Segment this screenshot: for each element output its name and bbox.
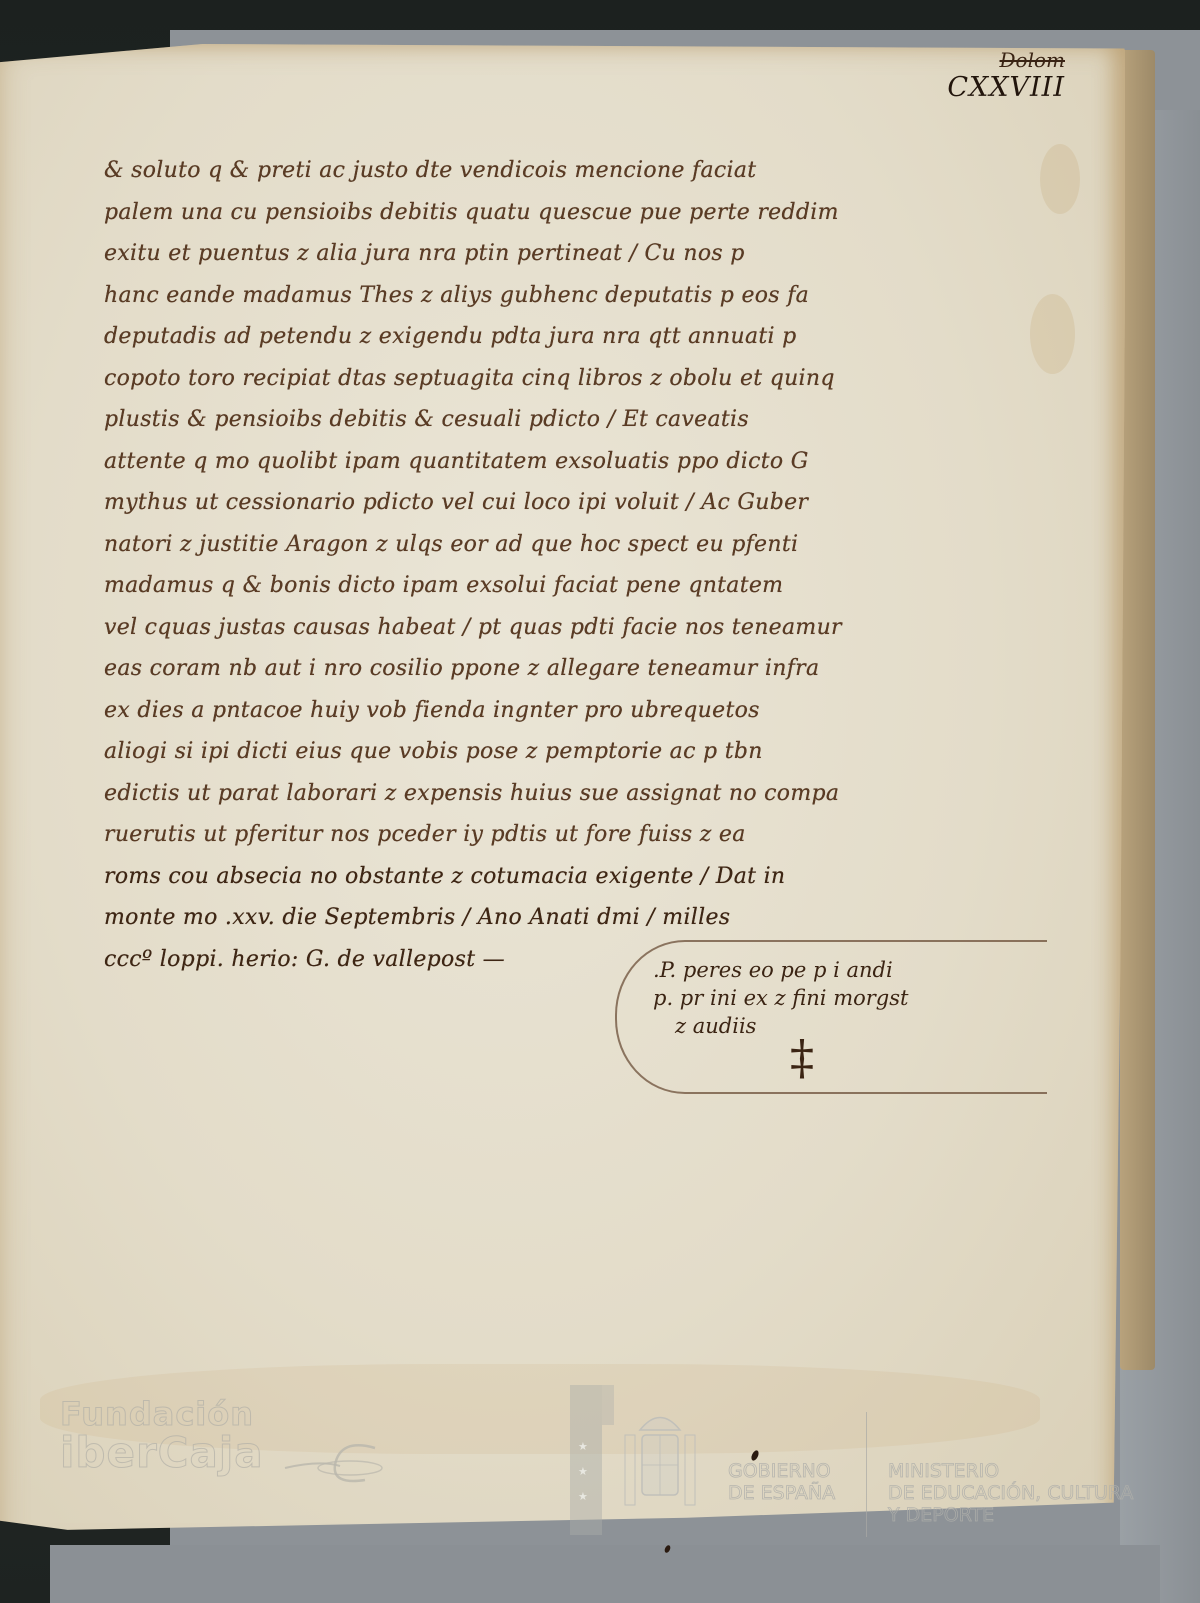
watermark-ibercaja: iberCaja	[60, 1428, 264, 1477]
watermark-gobierno: GOBIERNO DE ESPAÑA	[728, 1460, 835, 1504]
watermark-divider	[866, 1412, 867, 1537]
text-line: & soluto q & preti ac justo dte vendicoi…	[104, 150, 1004, 192]
text-line: roms cou absecia no obstante z cotumacia…	[104, 856, 1004, 898]
signature-line: p. pr ini ex z fini morgst	[653, 986, 908, 1010]
adjacent-leaf-edge	[1120, 50, 1155, 1370]
text-line: plustis & pensioibs debitis & cesuali pd…	[104, 399, 1004, 441]
text-line: madamus q & bonis dicto ipam exsolui fac…	[104, 565, 1004, 607]
star-icon: ★	[578, 1465, 588, 1478]
text-line: ex dies a pntacoe huiy vob fienda ingnte…	[104, 690, 1004, 732]
grey-board-bottom-edge	[50, 1545, 1160, 1603]
folio-roman-numeral: CXXVIII	[947, 72, 1065, 103]
spain-flag-bar-icon	[602, 1385, 614, 1425]
text-line: attente q mo quolibt ipam quantitatem ex…	[104, 441, 1004, 483]
watermark-ministerio: MINISTERIO DE EDUCACIÓN, CULTURA Y DEPOR…	[888, 1460, 1133, 1526]
text-line: natori z justitie Aragon z ulqs eor ad q…	[104, 524, 1004, 566]
star-icon: ★	[578, 1490, 588, 1503]
folio-number: Dolom CXXVIII	[947, 48, 1065, 103]
stain	[1040, 144, 1080, 214]
struck-folio-label: Dolom	[947, 48, 1065, 72]
spain-flag-bar-icon	[570, 1385, 602, 1535]
text-line: exitu et puentus z alia jura nra ptin pe…	[104, 233, 1004, 275]
spain-coat-of-arms-icon	[620, 1405, 700, 1515]
text-line: mythus ut cessionario pdicto vel cui loc…	[104, 482, 1004, 524]
stain	[1030, 294, 1075, 374]
star-icon: ★	[578, 1440, 588, 1453]
text-line: edictis ut parat laborari z expensis hui…	[104, 773, 1004, 815]
notarial-mark-icon: ‡	[790, 1030, 814, 1086]
signature-line: z audiis	[675, 1014, 756, 1038]
subscription-signature: .P. peres eo pe p i andi p. pr ini ex z …	[615, 940, 1055, 1140]
text-line: aliogi si ipi dicti eius que vobis pose …	[104, 731, 1004, 773]
text-line: eas coram nb aut i nro cosilio ppone z a…	[104, 648, 1004, 690]
text-line: hanc eande madamus Thes z aliys gubhenc …	[104, 275, 1004, 317]
text-line: deputadis ad petendu z exigendu pdta jur…	[104, 316, 1004, 358]
manuscript-text: & soluto q & preti ac justo dte vendicoi…	[104, 150, 1004, 980]
text-line: palem una cu pensioibs debitis quatu que…	[104, 192, 1004, 234]
ibercaja-logo-icon	[280, 1440, 390, 1490]
text-line: ruerutis ut pferitur nos pceder iy pdtis…	[104, 814, 1004, 856]
signature-line: .P. peres eo pe p i andi	[653, 958, 893, 982]
text-line: monte mo .xxv. die Septembris / Ano Anat…	[104, 897, 1004, 939]
text-line: copoto toro recipiat dtas septuagita cin…	[104, 358, 1004, 400]
text-line: vel cquas justas causas habeat / pt quas…	[104, 607, 1004, 649]
